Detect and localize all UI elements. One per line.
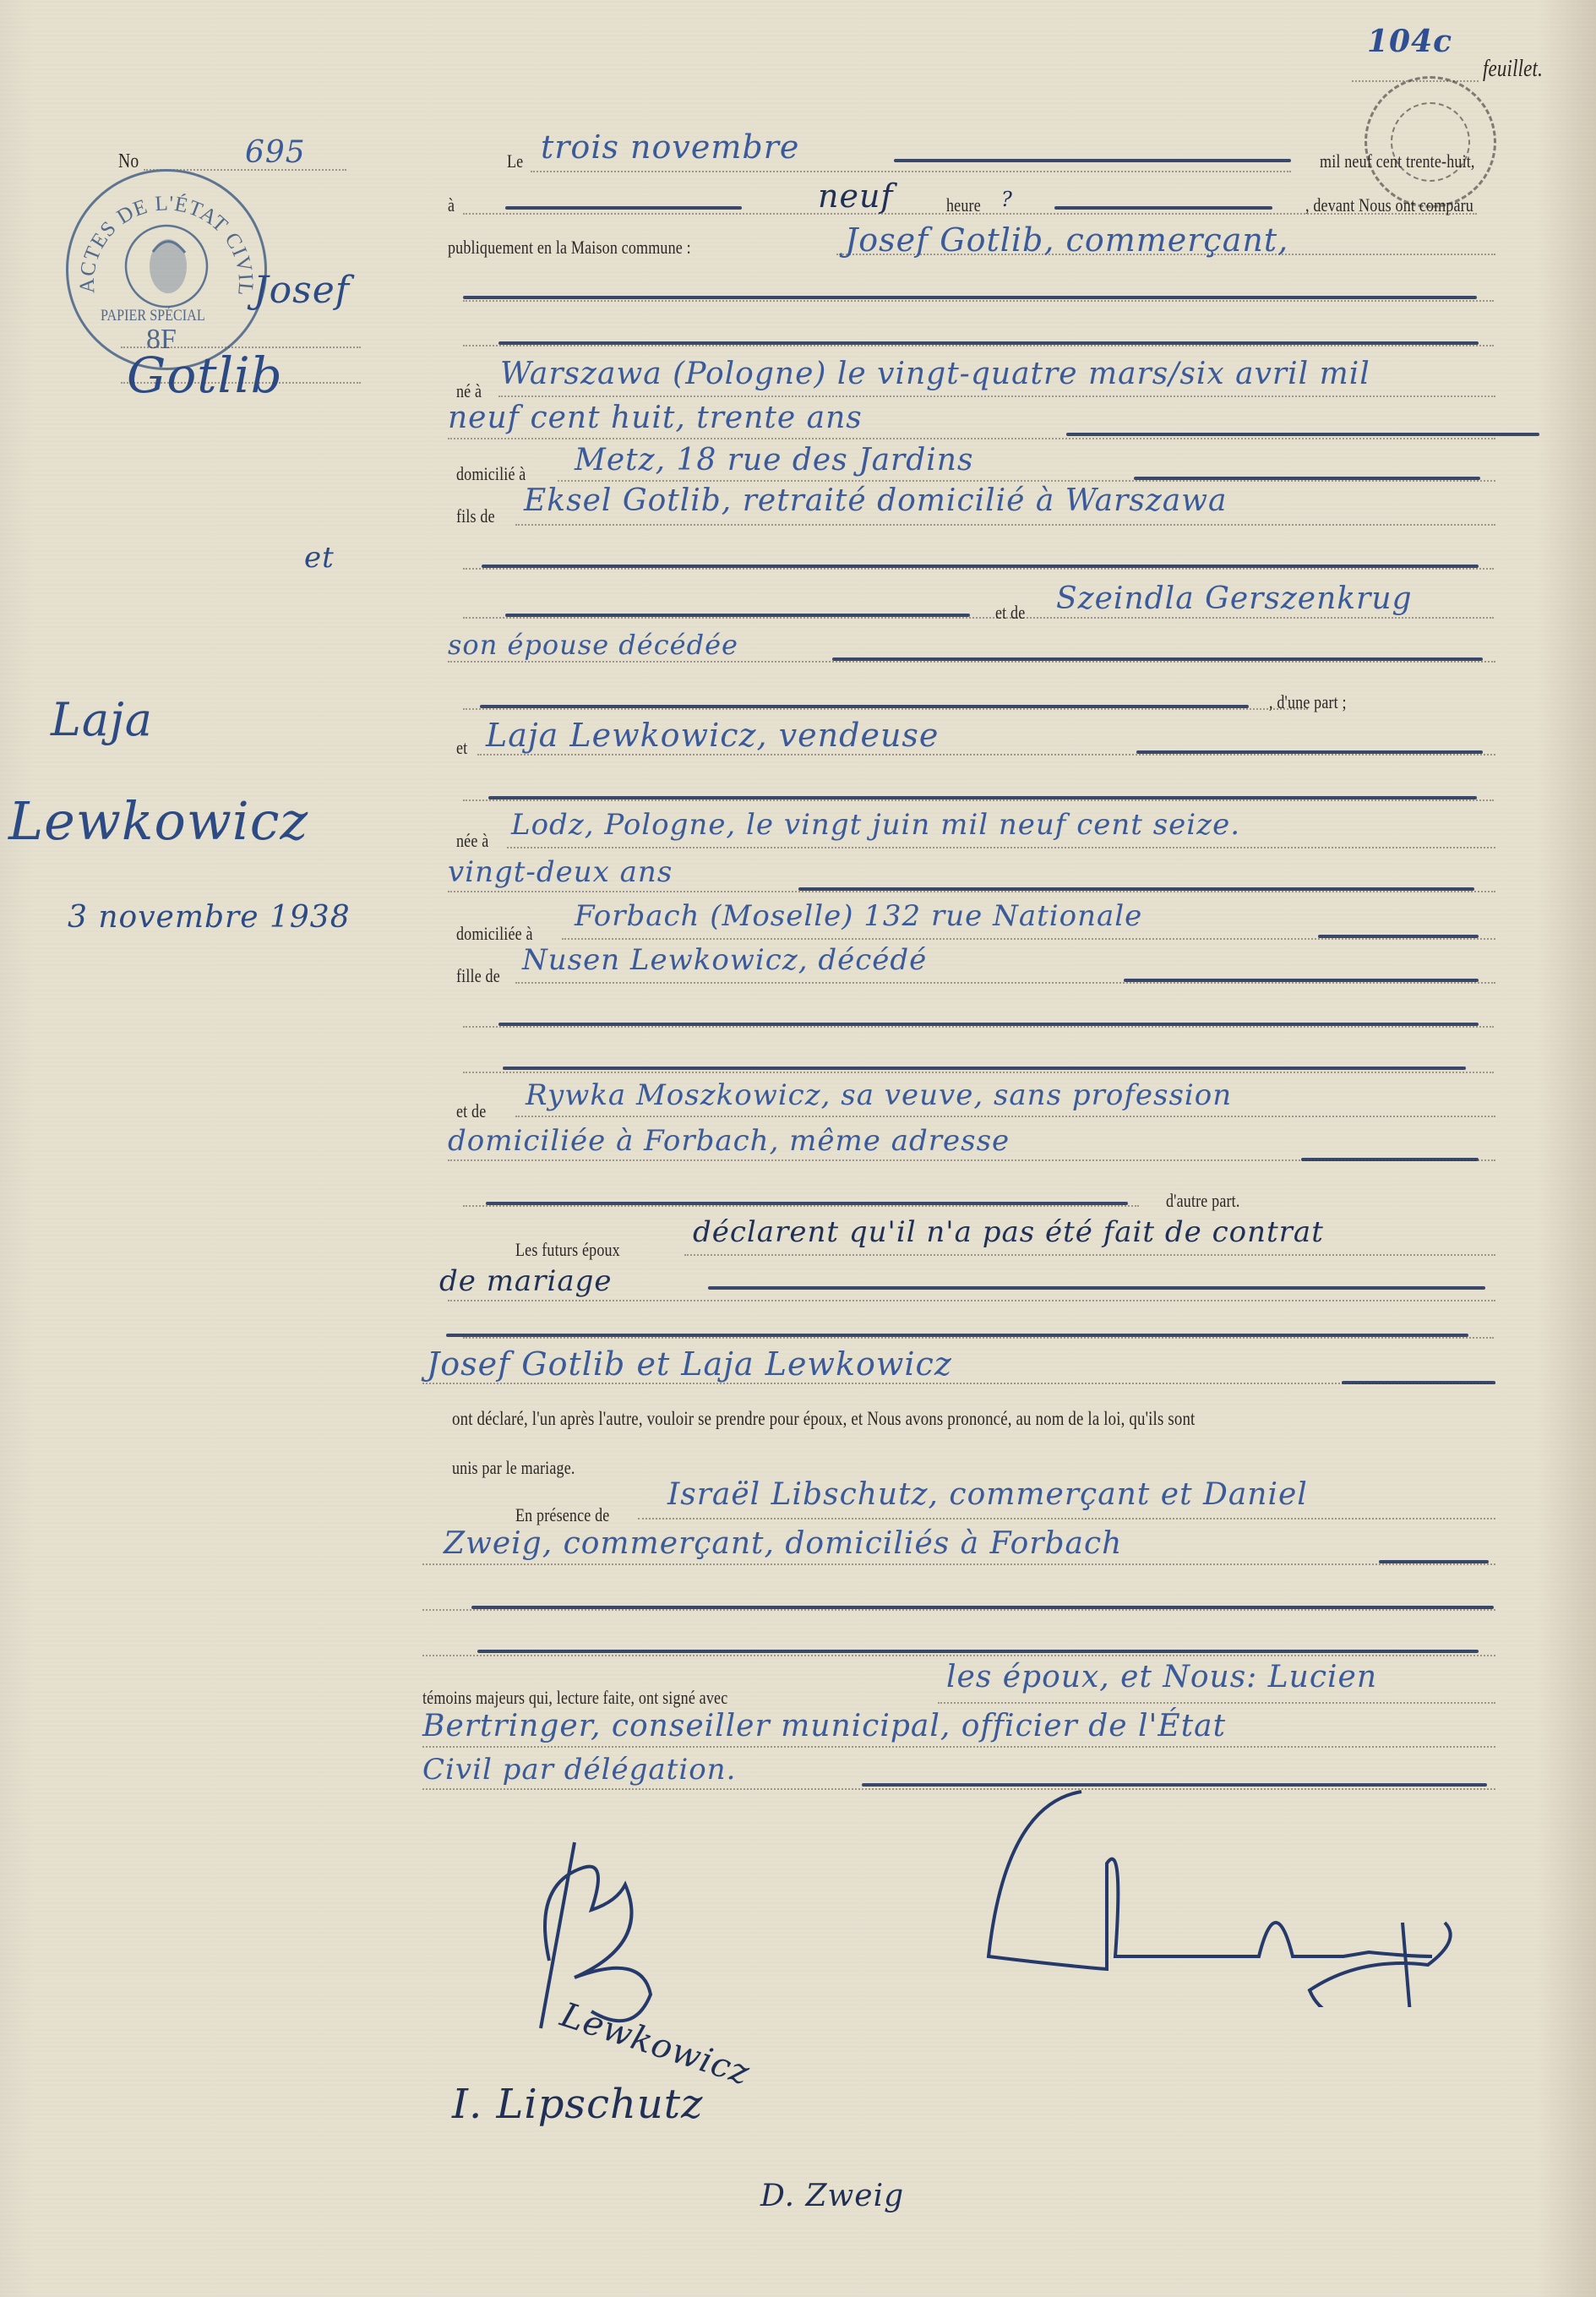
stamp-label: PAPIER SPÉCIAL [101, 307, 205, 325]
official-seal-icon [1364, 76, 1496, 208]
printed-a: à [448, 194, 455, 216]
groom-identity: Josef Gotlib, commerçant, [845, 221, 1288, 259]
printed-futurs-epoux: Les futurs époux [515, 1239, 620, 1261]
groom-mother-status: son épouse décédée [448, 629, 738, 661]
printed-le: Le [507, 150, 523, 172]
printed-unis: unis par le mariage. [452, 1457, 575, 1479]
printed-maison-commune: publiquement en la Maison commune : [448, 237, 691, 259]
printed-fille-de: fille de [456, 965, 500, 987]
groom-signature-icon [515, 1834, 718, 2037]
printed-ne-a: né à [456, 380, 482, 402]
margin-conjunction: et [304, 541, 335, 575]
bride-address: Forbach (Moselle) 132 rue Nationale [575, 899, 1142, 933]
date-written: trois novembre [541, 128, 799, 166]
printed-autre-part: d'autre part. [1166, 1190, 1240, 1212]
printed-heure: heure [946, 194, 981, 216]
margin-groom-first: Josef [253, 269, 350, 312]
printed-temoins: témoins majeurs qui, lecture faite, ont … [422, 1687, 727, 1709]
printed-devant: , devant Nous ont comparu [1305, 194, 1473, 216]
groom-mother: Szeindla Gerszenkrug [1056, 581, 1413, 616]
printed-declaration: ont déclaré, l'un après l'autre, vouloir… [452, 1408, 1195, 1430]
groom-birth-cont: neuf cent huit, trente ans [448, 401, 863, 435]
bride-age: vingt-deux ans [448, 855, 673, 889]
groom-address: Metz, 18 rue des Jardins [575, 443, 973, 477]
officer-signature-icon [972, 1787, 1495, 2007]
margin-bride-first: Laja [51, 693, 153, 746]
spouses-names: Josef Gotlib et Laja Lewkowicz [427, 1345, 952, 1383]
groom-birth: Warszawa (Pologne) le vingt-quatre mars/… [500, 357, 1370, 391]
fiscal-stamp: ACTES DE L'ÉTAT CIVIL PAPIER SPÉCIAL 8F [66, 169, 267, 370]
margin-date: 3 novembre 1938 [68, 900, 351, 935]
printed-presence: En présence de [515, 1504, 609, 1526]
groom-father: Eksel Gotlib, retraité domicilié à Warsz… [524, 483, 1228, 518]
witnesses-cont: Zweig, commerçant, domiciliés à Forbach [444, 1526, 1122, 1561]
printed-domicilie: domicilié à [456, 463, 526, 485]
margin-groom-last: Gotlib [127, 346, 283, 404]
printed-et-de-2: et de [456, 1100, 486, 1122]
bride-mother: Rywka Moszkowicz, sa veuve, sans profess… [526, 1078, 1232, 1112]
witness1-signature: I. Lipschutz [452, 2081, 703, 2128]
feuillet-number: 104c [1367, 24, 1452, 59]
contract-declaration: déclarent qu'il n'a pas été fait de cont… [693, 1215, 1324, 1249]
witness2-signature: D. Zweig [760, 2179, 904, 2213]
witnesses: Israël Libschutz, commerçant et Daniel [667, 1477, 1308, 1512]
printed-et-de: et de [995, 602, 1025, 624]
margin-bride-last: Lewkowicz [8, 790, 308, 852]
act-number-value: 695 [245, 135, 306, 170]
printed-une-part: , d'une part ; [1269, 691, 1347, 713]
feuillet-label: feuillet. [1483, 56, 1543, 83]
printed-domiciliee: domiciliée à [456, 923, 533, 945]
printed-year: mil neuf cent trente-huit, [1320, 150, 1475, 172]
act-number-label: No [118, 150, 139, 173]
printed-nee-a: née à [456, 830, 488, 852]
officer-title: Bertringer, conseiller municipal, offici… [422, 1709, 1226, 1743]
printed-et: et [456, 737, 467, 759]
printed-fils-de: fils de [456, 505, 495, 527]
bride-identity: Laja Lewkowicz, vendeuse [486, 717, 939, 754]
signatories: les époux, et Nous: Lucien [946, 1660, 1377, 1694]
bride-mother-address: domiciliée à Forbach, même adresse [448, 1124, 1010, 1158]
bride-birth: Lodz, Pologne, le vingt juin mil neuf ce… [511, 808, 1240, 842]
officer-delegation: Civil par délégation. [422, 1753, 736, 1787]
minute-mark: ? [1001, 188, 1013, 211]
hour-written: neuf [818, 177, 894, 215]
contract-declaration-cont: de mariage [439, 1264, 613, 1298]
bride-father: Nusen Lewkowicz, décédé [522, 943, 927, 977]
